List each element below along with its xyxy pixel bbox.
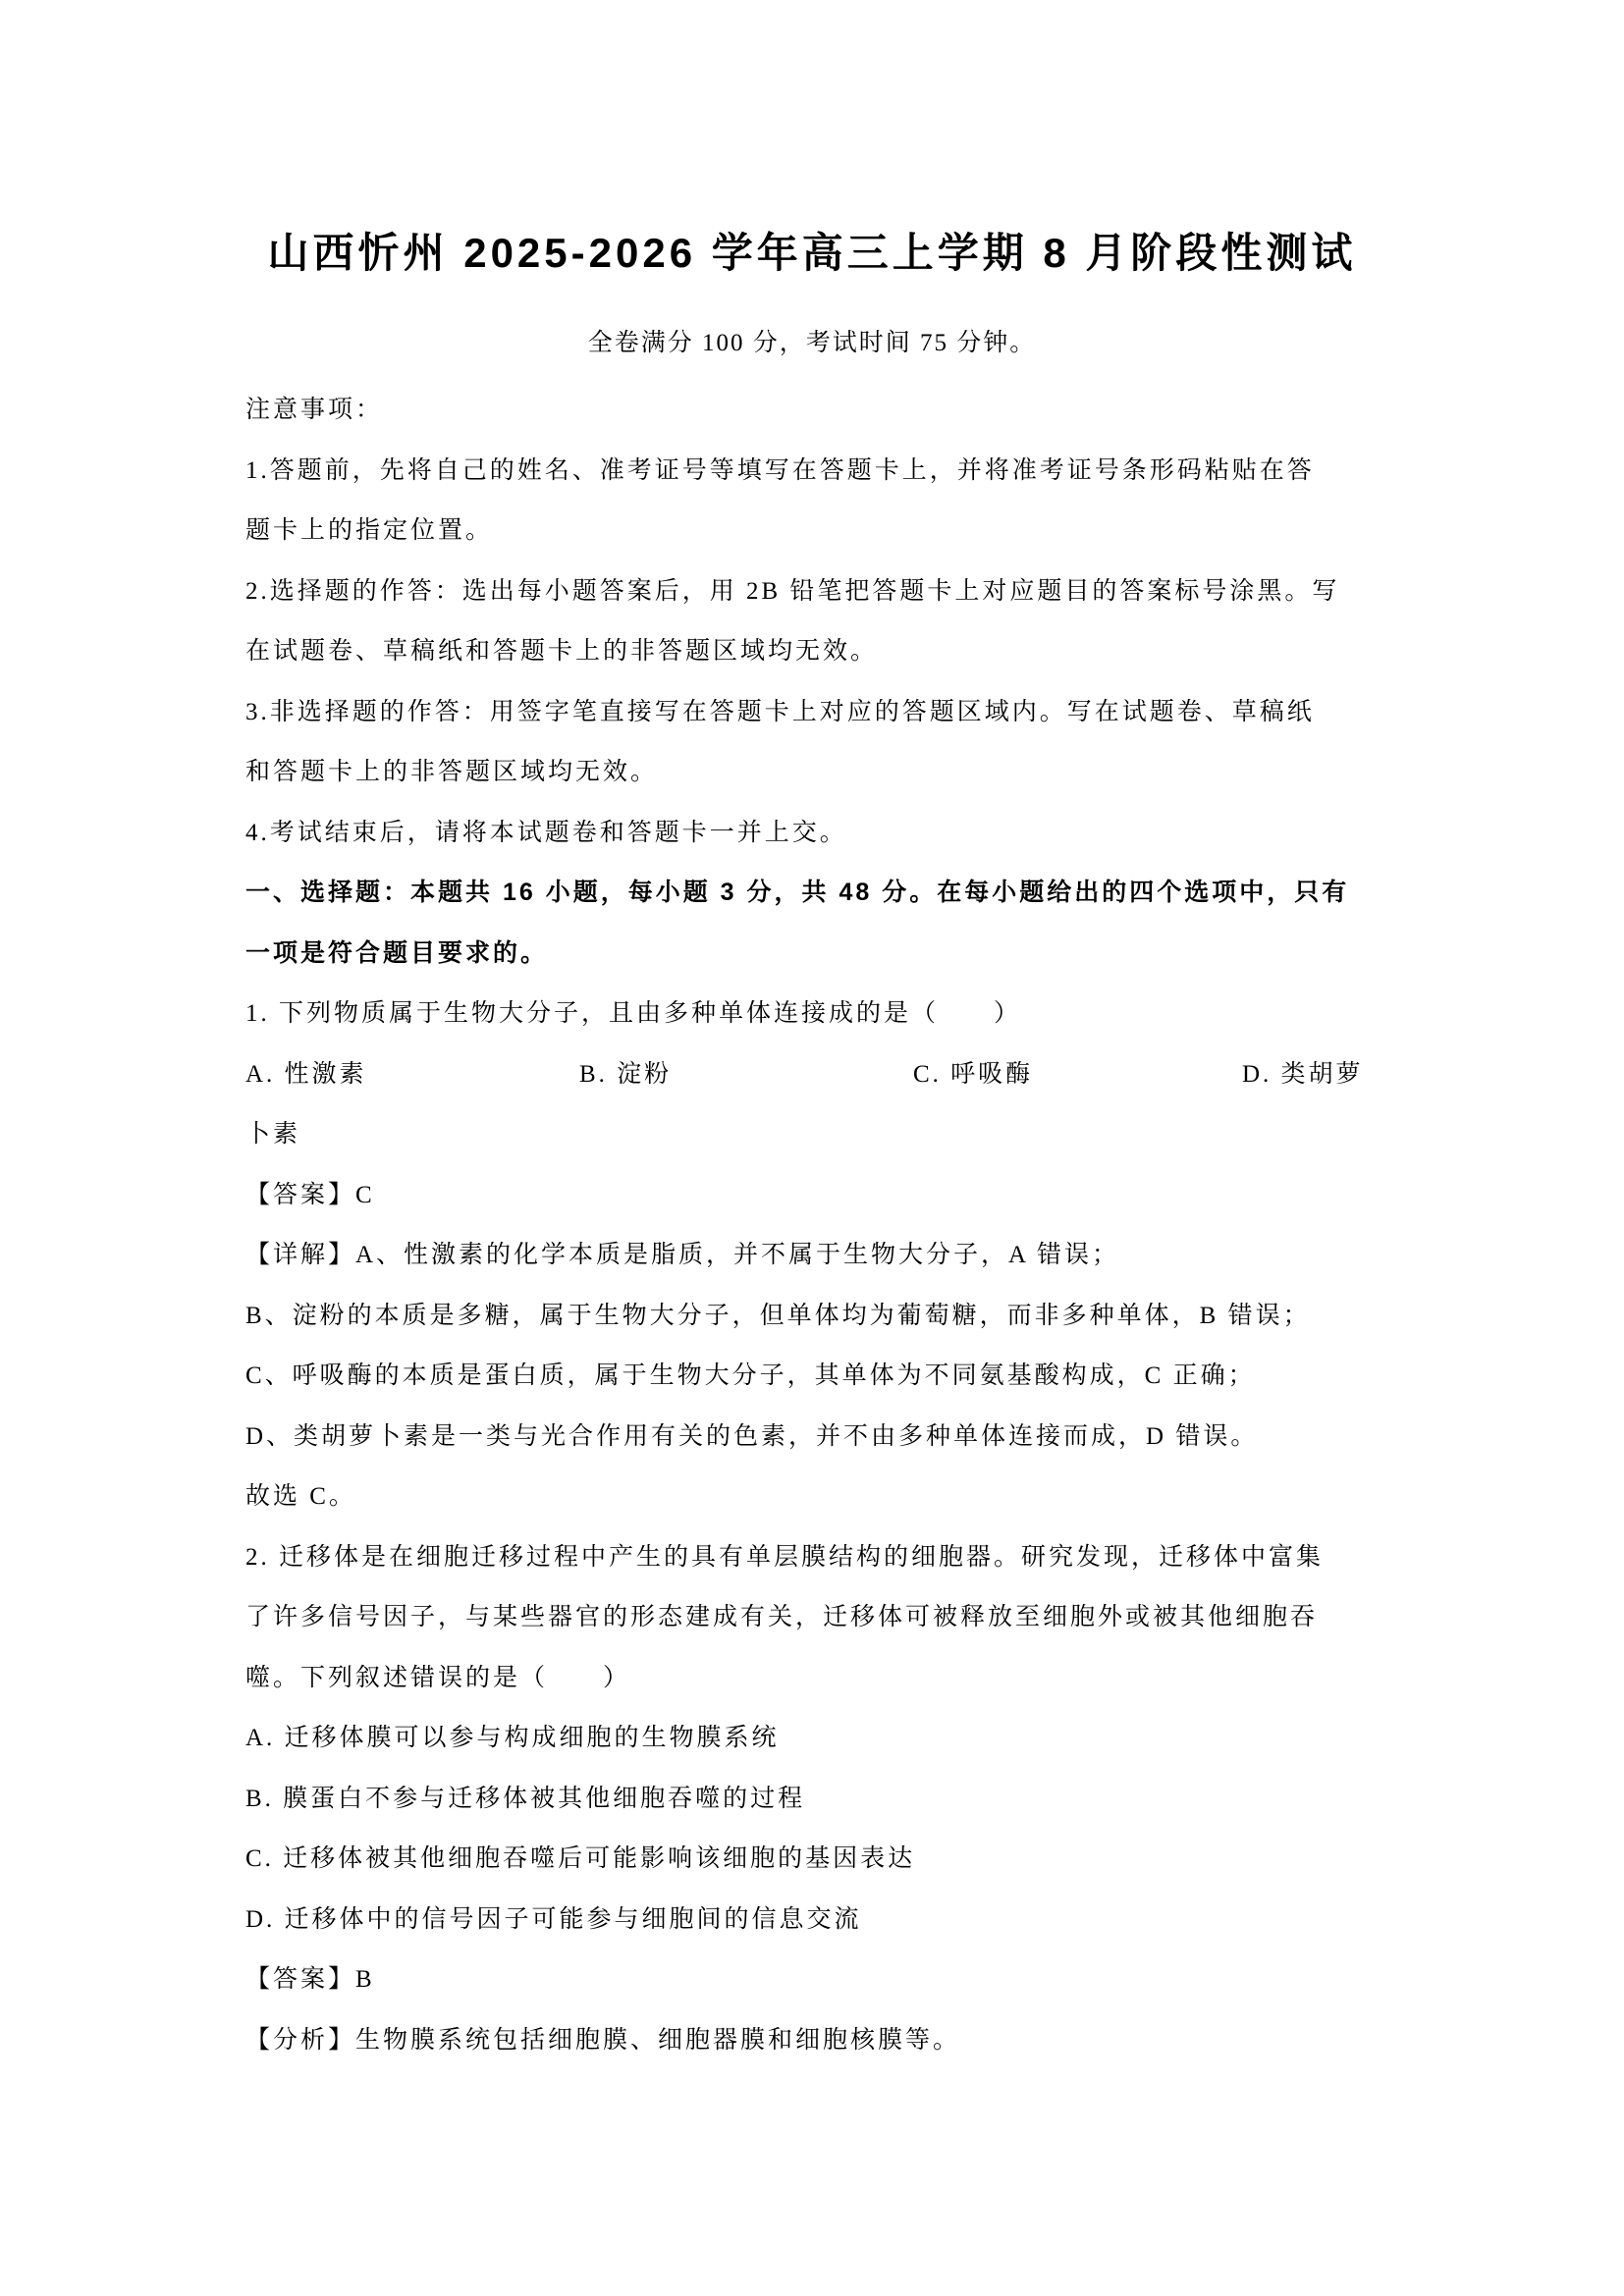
notice-line-1: 1.答题前，先将自己的姓名、准考证号等填写在答题卡上，并将准考证号条形码粘贴在答 [245,441,1384,502]
exam-document-page: 山西忻州 2025-2026 学年高三上学期 8 月阶段性测试 全卷满分 100… [0,0,1624,2296]
notice-line-1-cont: 题卡上的指定位置。 [245,501,1384,561]
q2-answer-label: 【答案】 [245,1966,355,1993]
notice-line-4: 4.考试结束后，请将本试题卷和答题卡一并上交。 [245,803,1384,864]
q2-option-b: B. 膜蛋白不参与迁移体被其他细胞吞噬的过程 [245,1769,1384,1830]
q1-option-a: A. 性激素 [245,1044,367,1105]
q1-explain-line-1: 【详解】A、性激素的化学本质是脂质，并不属于生物大分子，A 错误； [245,1225,1384,1286]
section-heading-line-1: 一、选择题：本题共 16 小题，每小题 3 分，共 48 分。在每小题给出的四个… [245,863,1384,924]
q1-explain-line-4: D、类胡萝卜素是一类与光合作用有关的色素，并不由多种单体连接而成，D 错误。 [245,1407,1384,1468]
notice-line-2-cont: 在试题卷、草稿纸和答题卡上的非答题区域均无效。 [245,621,1384,682]
q2-option-a: A. 迁移体膜可以参与构成细胞的生物膜系统 [245,1708,1384,1769]
q2-answer-line: 【答案】B [245,1949,1384,2010]
q1-options-row: A. 性激素 B. 淀粉 C. 呼吸酶 D. 类胡萝 [245,1044,1384,1105]
q1-answer-value: C [355,1182,375,1208]
document-subtitle: 全卷满分 100 分，考试时间 75 分钟。 [0,313,1624,374]
q2-answer-value: B [355,1966,375,1993]
q1-explain-conclusion: 故选 C。 [245,1467,1384,1527]
q1-stem: 1. 下列物质属于生物大分子，且由多种单体连接成的是（ ） [245,984,1384,1044]
q1-option-b: B. 淀粉 [579,1044,672,1105]
q1-option-d-overflow: 卜素 [245,1104,1384,1165]
q1-answer-label: 【答案】 [245,1182,355,1208]
section-heading-line-2: 一项是符合题目要求的。 [245,924,1384,985]
document-body: 注意事项： 1.答题前，先将自己的姓名、准考证号等填写在答题卡上，并将准考证号条… [245,380,1384,2070]
q2-stem-line-1: 2. 迁移体是在细胞迁移过程中产生的具有单层膜结构的细胞器。研究发现，迁移体中富… [245,1527,1384,1588]
q2-stem-line-3: 噬。下列叙述错误的是（ ） [245,1648,1384,1709]
q2-analysis-line: 【分析】生物膜系统包括细胞膜、细胞器膜和细胞核膜等。 [245,2010,1384,2071]
notice-line-3: 3.非选择题的作答：用签字笔直接写在答题卡上对应的答题区域内。写在试题卷、草稿纸 [245,682,1384,743]
q1-answer-line: 【答案】C [245,1165,1384,1226]
q1-explain-line-2: B、淀粉的本质是多糖，属于生物大分子，但单体均为葡萄糖，而非多种单体，B 错误； [245,1286,1384,1347]
q2-option-d: D. 迁移体中的信号因子可能参与细胞间的信息交流 [245,1890,1384,1950]
q1-explain-line-3: C、呼吸酶的本质是蛋白质，属于生物大分子，其单体为不同氨基酸构成，C 正确； [245,1346,1384,1407]
notice-line-3-cont: 和答题卡上的非答题区域均无效。 [245,742,1384,803]
notice-line-2: 2.选择题的作答：选出每小题答案后，用 2B 铅笔把答题卡上对应题目的答案标号涂… [245,561,1384,622]
q2-option-c: C. 迁移体被其他细胞吞噬后可能影响该细胞的基因表达 [245,1829,1384,1890]
q1-option-d: D. 类胡萝 [1242,1044,1364,1105]
q1-option-c: C. 呼吸酶 [913,1044,1033,1105]
document-title: 山西忻州 2025-2026 学年高三上学期 8 月阶段性测试 [0,226,1624,281]
notice-heading: 注意事项： [245,380,1384,441]
q2-stem-line-2: 了许多信号因子，与某些器官的形态建成有关，迁移体可被释放至细胞外或被其他细胞吞 [245,1587,1384,1648]
